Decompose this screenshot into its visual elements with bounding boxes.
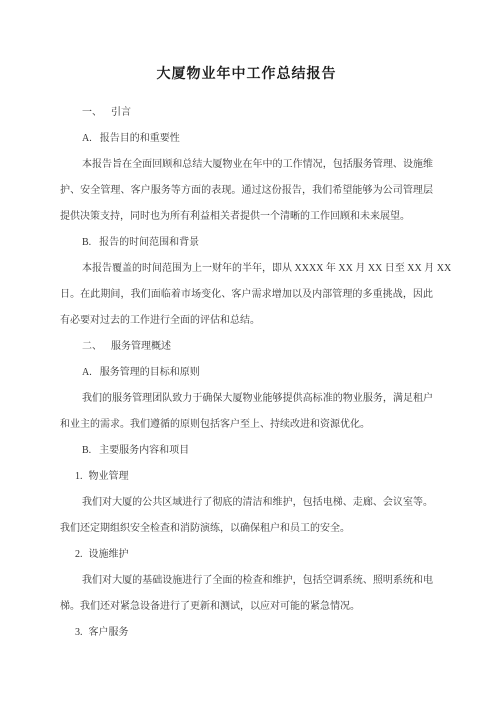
paragraph-line: 日。在此期间，我们面临着市场变化、客户需求增加以及内部管理的多重挑战，因此 [60,282,433,308]
paragraph-line: 梯。我们还对紧急设备进行了更新和测试，以应对可能的紧急情况。 [60,594,433,620]
heading-number: 2. [75,549,83,560]
sub-heading: B.主要服务内容和项目 [60,438,433,464]
paragraph-line: 提供决策支持，同时也为所有利益相关者提供一个清晰的工作回顾和未来展望。 [60,204,433,230]
item-heading: 3.客户服务 [60,620,433,646]
section-heading: 二、服务管理概述 [60,334,433,360]
document-title: 大厦物业年中工作总结报告 [60,65,433,85]
heading-text: 物业管理 [89,471,129,482]
item-heading: 2.设施维护 [60,542,433,568]
paragraph-line: 有必要对过去的工作进行全面的评估和总结。 [60,308,433,334]
heading-number: 二、 [82,341,102,352]
sub-heading: A.服务管理的目标和原则 [60,360,433,386]
heading-text: 客户服务 [89,627,129,638]
heading-text: 报告的时间范围和背景 [99,237,199,248]
paragraph-line: 我们对大厦的基础设施进行了全面的检查和维护，包括空调系统、照明系统和电 [60,568,433,594]
paragraph-line: 我们的服务管理团队致力于确保大厦物业能够提供高标准的物业服务，满足租户 [60,386,433,412]
heading-text: 设施维护 [89,549,129,560]
paragraph-line: 本报告覆盖的时间范围为上一财年的半年，即从 XXXX 年 XX 月 XX 日至 … [60,256,433,282]
heading-number: 一、 [82,107,102,118]
heading-text: 服务管理的目标和原则 [100,367,200,378]
heading-text: 主要服务内容和项目 [99,445,189,456]
paragraph-line: 本报告旨在全面回顾和总结大厦物业在年中的工作情况，包括服务管理、设施维 [60,152,433,178]
paragraph-line: 和业主的需求。我们遵循的原则包括客户至上、持续改进和资源优化。 [60,412,433,438]
section-heading: 一、引言 [60,100,433,126]
heading-text: 引言 [111,107,131,118]
heading-text: 报告目的和重要性 [100,133,180,144]
heading-number: B. [82,445,91,456]
paragraph-line: 我们对大厦的公共区域进行了彻底的清洁和维护，包括电梯、走廊、会议室等。 [60,490,433,516]
sub-heading: B.报告的时间范围和背景 [60,230,433,256]
heading-text: 服务管理概述 [111,341,171,352]
heading-number: B. [82,237,91,248]
heading-number: A. [82,133,92,144]
heading-number: A. [82,367,92,378]
document-page: 大厦物业年中工作总结报告 一、引言A.报告目的和重要性本报告旨在全面回顾和总结大… [0,0,500,707]
sub-heading: A.报告目的和重要性 [60,126,433,152]
paragraph-line: 护、安全管理、客户服务等方面的表现。通过这份报告，我们希望能够为公司管理层 [60,178,433,204]
paragraph-line: 我们还定期组织安全检查和消防演练，以确保租户和员工的安全。 [60,516,433,542]
document-body: 一、引言A.报告目的和重要性本报告旨在全面回顾和总结大厦物业在年中的工作情况，包… [60,100,433,646]
heading-number: 3. [75,627,83,638]
item-heading: 1.物业管理 [60,464,433,490]
heading-number: 1. [75,471,83,482]
